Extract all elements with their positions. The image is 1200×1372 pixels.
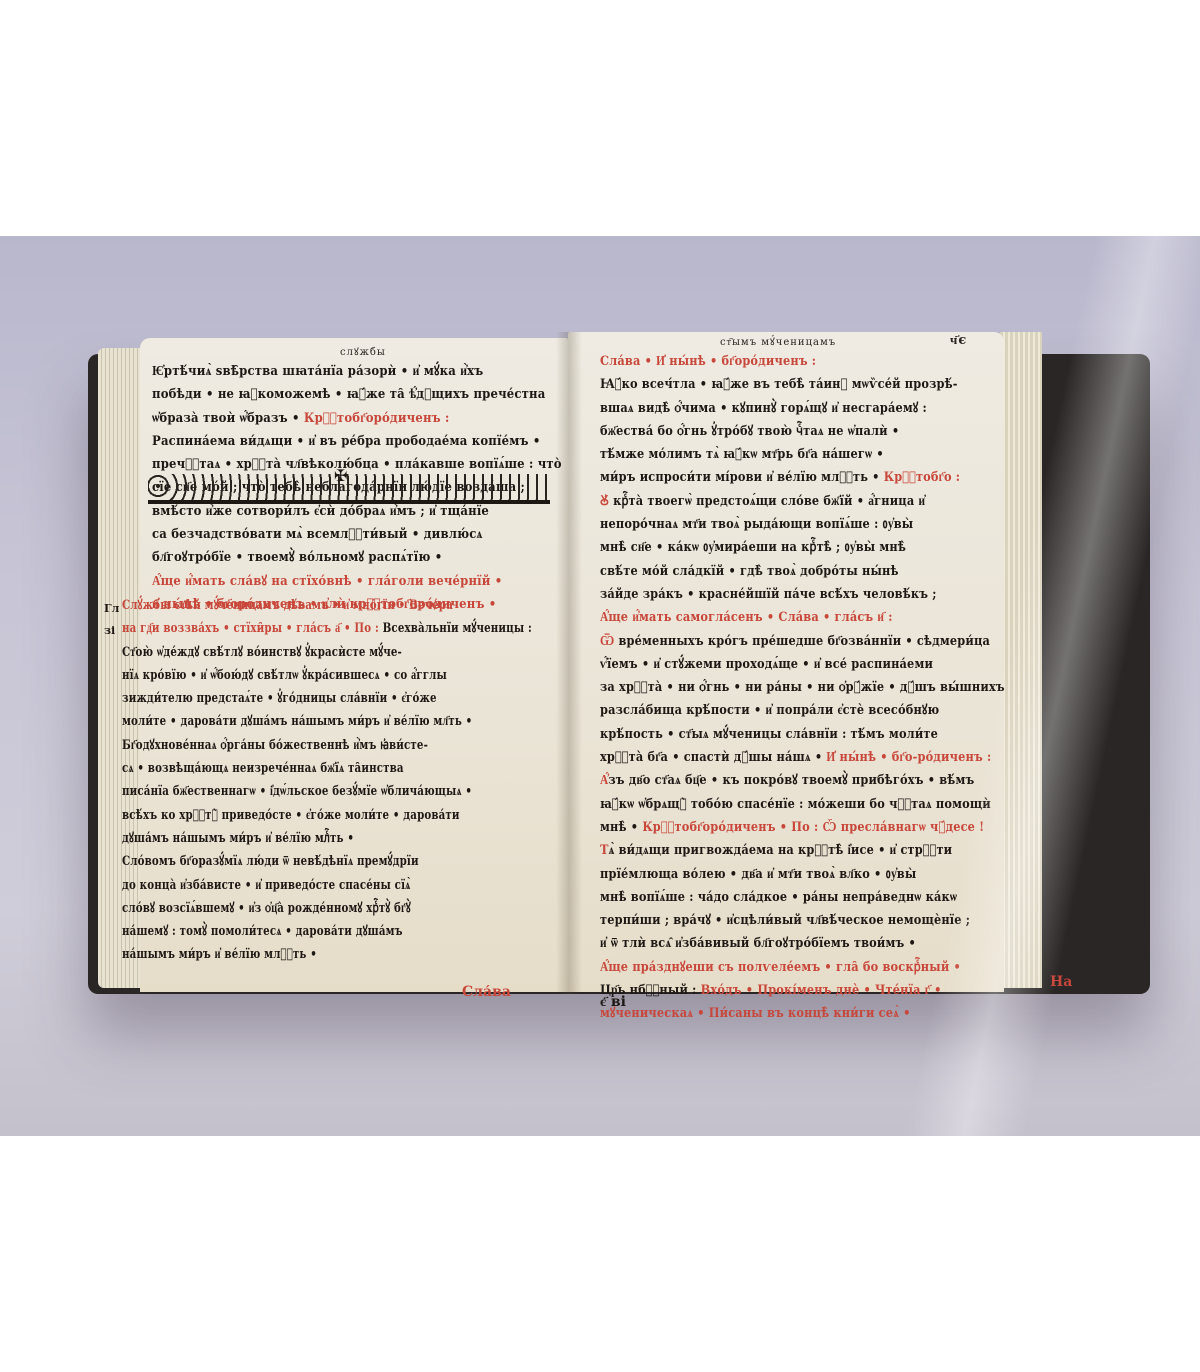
line-text: сло́вꙋ возсїѧ́вшемꙋ • и҆з ѻ҆ц҃а̀ рожде́н… [122,900,411,916]
text-line: сло́вꙋ возсїѧ́вшемꙋ • и҆з ѻ҆ц҃а̀ рожде́н… [122,897,532,920]
text-line: Ꙗ҆́ко всеч́тла • ꙗ҆́же въ тебѣ̀ та́инꙋ м… [600,373,1005,396]
left-text-block-bottom: Слꙋ́жбы ст҃ѣй мꙋ́ченицамъ дѣ́вамъ • и҆ м… [122,594,658,967]
text-line: разсла́бища крѣ́пости • и҆ попра́ли є҆ст… [600,699,1005,722]
line-text: пречⷭ҇таѧ • хрⷭ҇та̀ чл҃вѣколю́бца • пла́… [152,456,562,472]
text-line: за́йде зра́къ • красне́йшїй па́че всѣ́хъ… [600,583,1005,606]
text-line: зижди́телю предстаѧ́те • ꙋ҆го́дницы сла́… [122,687,532,710]
text-line: Ст҃ою̀ ѡ҆де́ждꙋ свѣ́тлꙋ во́инствꙋ ꙋ҆крас… [122,641,532,664]
line-text: прїе́млюща во́лею • дв҃а и҆ мт҃и твоѧ̀ в… [600,866,916,882]
line-text: А҆́зъ дв҃о ст҃аѧ бц҃е • къ покро́вꙋ твое… [600,772,974,788]
signature-mark: є҃ ві [600,994,626,1011]
line-text: свѣ́те мо́й сла́дкїй • гдѣ̀ твоѧ̀ добро́… [600,563,899,579]
right-text-block: Сла́ва • И҆ ны́нѣ • бг҃оро́диченъ :Ꙗ҆́ко… [600,350,1078,1026]
line-text: хрⷭ҇та̀ бг҃а • спастѝ дꙋ́шы на́шѧ • [600,749,822,765]
text-line: за хрⷭ҇та̀ • ни ѻ҆́гнь • ни ра́ны • ни ѻ… [600,676,1005,699]
text-line: хрⷭ҇та̀ бг҃а • спастѝ дꙋ́шы на́шѧ • И҆ н… [600,746,1005,769]
text-line: свѣ́те мо́й сла́дкїй • гдѣ̀ твоѧ̀ добро́… [600,560,1005,583]
line-text: нїѧ кро́вїю • и҆ ѡ҆́бою́дꙋ свѣ́тлѡ ꙋ҆кра… [122,667,447,683]
rubric-text: Вхо́дъ • Прокі́менъ днѐ • Чте́нїа г҃ • [697,982,942,998]
line-text: на́шымъ ми́ръ и҆ ве́лїю млⷭ҇ть • [122,946,317,962]
text-line: нїѧ кро́вїю • и҆ ѡ҆́бою́дꙋ свѣ́тлѡ ꙋ҆кра… [122,664,532,687]
line-text: мнѣ̀ вопїѧ́ше : ча́до сла́дкое • ра́ны н… [600,889,957,905]
text-line: прїе́млюща во́лею • дв҃а и҆ мт҃и твоѧ̀ в… [600,863,1005,886]
line-text: вшаѧ видѣ̀ ѻ҆́чима • кꙋпинꙋ̀ горѧ́щꙋ и҆ … [600,400,927,416]
line-text: Тѧ̀ ви́дѧщи пригвожда́ема на крⷭ҇тѣ̀ і҆и… [600,842,952,858]
line-text: Ѥ҆ртѣ́чиѧ̀ ѕвѣ̑рства шꙗта́нїа ра́зорѝ • … [152,363,483,379]
text-line: и҆ ѿ тлѝ всѧ̑ и҆зба́вивый бл҃гоꙋтро́бїем… [600,932,1005,955]
text-line: са безчадство́вати мѧ̀ всемлⷭ҇ти́вый • д… [152,523,562,546]
line-text: Ꙗ҆́ко всеч́тла • ꙗ҆́же въ тебѣ̀ та́инꙋ м… [600,376,958,392]
text-line: Сла́ва • И҆ ны́нѣ • бг҃оро́диченъ : [600,350,1005,373]
line-text: до конца̀ и҆зба́висте • и҆ приведо́сте с… [122,877,410,893]
line-text: мнѣ̀ • [600,819,638,835]
text-line: непоро́чнаѧ мт҃и твоѧ̀ рыда́ющи вопїѧ́ше… [600,513,1005,536]
text-line: А҆́ще пра́зднꙋеши съ полѵеле́емъ • гла̑ … [600,956,1005,979]
margin-note-1: Гл [104,602,119,615]
rubric-text: Крⷭ҇тобг҃оро́диченъ : [300,410,450,426]
text-line: всѣ́хъ ко хрⷭ҇тꙋ̀ приведо́сте • є҆го́же … [122,804,532,827]
line-text: Ст҃ою̀ ѡ҆де́ждꙋ свѣ́тлꙋ во́инствꙋ ꙋ҆крас… [122,644,402,660]
text-line: ѵ҆́їемъ • и҆ стꙋ́жеми проходѧ́ще • и҆ вс… [600,653,1005,676]
text-line: вшаѧ видѣ̀ ѻ҆́чима • кꙋпинꙋ̀ горѧ́щꙋ и҆ … [600,397,1005,420]
line-text: на́шемꙋ : томꙋ̀ помоли́тесѧ • дарова́ти … [122,923,403,939]
text-line: Слꙋ́жбы ст҃ѣй мꙋ́ченицамъ дѣ́вамъ • и҆ м… [122,594,532,617]
line-text: Ꙋ҆ крⷭ҇та̀ твоегѡ̀ предстоѧ́щи сло́ве бж… [600,493,925,509]
text-line: до конца̀ и҆зба́висте • и҆ приведо́сте с… [122,874,532,897]
line-text: моли́те • дарова́ти дꙋша́мъ на́шымъ ми́р… [122,713,472,729]
rubric-text: Крⷭ҇тобг҃о : [880,469,961,485]
line-text: и҆ ѿ тлѝ всѧ̑ и҆зба́вивый бл҃гоꙋтро́бїем… [600,935,916,951]
book-photograph: слꙋжбы Ѥ҆ртѣ́чиѧ̀ ѕвѣ̑рства шꙗта́нїа ра́… [0,236,1200,1136]
text-line: А҆́ще и҆́мать сла́вꙋ на стїхо́внѣ • гла́… [152,570,562,593]
line-text: Бг҃одꙋхнове́ннаѧ ѻ҆́рга́ны бо́жественнѣ … [122,737,428,753]
line-text: А҆́ще и҆́мать самогла́сенъ • Сла́ва • гл… [600,609,893,625]
text-line: на гд҃и воззва́хъ • стїхи̑ры • гла́съ а҃… [122,617,532,640]
line-text: Ѿ вре́менныхъ кро́гъ пре́шедше бг҃озва́н… [600,633,990,649]
text-line: Ѥ҆ртѣ́чиѧ̀ ѕвѣ̑рства шꙗта́нїа ра́зорѝ • … [152,360,562,383]
rubric-text: И҆ ны́нѣ • бг҃о-ро́диченъ : [822,749,991,765]
text-line: ми́ръ испроси́ти мі́рови и҆ ве́лїю млⷭ҇т… [600,466,1005,489]
left-running-head: слꙋжбы [340,344,386,358]
right-catchword: На [1050,974,1072,990]
headpiece-ornament: ✠ [148,474,550,504]
line-text: писа́нїа бж҃ественнагѡ • і҆дѡ́льское без… [122,783,472,799]
line-text: дꙋша́мъ на́шымъ ми́ръ и҆ ве́лїю млⷭ҇ть • [122,830,354,846]
text-line: моли́те • дарова́ти дꙋша́мъ на́шымъ ми́р… [122,710,532,733]
line-text: А҆́ще пра́зднꙋеши съ полѵеле́емъ • гла̑ … [600,959,961,975]
line-text: вмѣ́сто и҆̀же сотвори́лъ є҆сѝ до́браѧ и҆… [152,503,489,519]
text-line: мнѣ̀ • Крⷭ҇тобг҃оро́диченъ • По : Ѽ прес… [600,816,1005,839]
line-text: мнѣ̀ сн҃е • ка́кѡ ᲂу҆мира́еши на крⷭ҇тѣ̀… [600,539,906,555]
text-line: Ѿ вре́менныхъ кро́гъ пре́шедше бг҃озва́н… [600,630,1005,653]
text-line: мꙋ́ченическаѧ • Пи́саны въ концѣ̀ кни́ги… [600,1002,1005,1025]
text-line: дꙋша́мъ на́шымъ ми́ръ и҆ ве́лїю млⷭ҇ть • [122,827,532,850]
text-line: пречⷭ҇таѧ • хрⷭ҇та̀ чл҃вѣколю́бца • пла́… [152,453,562,476]
folio-number: ч҃є [950,332,967,348]
text-line: Ꙋ҆ крⷭ҇та̀ твоегѡ̀ предстоѧ́щи сло́ве бж… [600,490,1005,513]
line-text: всѣ́хъ ко хрⷭ҇тꙋ̀ приведо́сте • є҆го́же … [122,807,460,823]
line-text: бл҃гоꙋтро́бїе • твоемꙋ̀ во́льномꙋ распѧ́… [152,549,442,565]
line-text: крѣ́пость • ст҃ыѧ мꙋ́ченицы сла́внїи : т… [600,726,938,742]
line-text: бж҃ества́ бо ѻ҆́гнь ꙋ҆тро́бꙋ твою̀ чⷭ҇та… [600,423,899,439]
text-line: А҆́зъ дв҃о ст҃аѧ бц҃е • къ покро́вꙋ твое… [600,769,1005,792]
line-text: Сла́ва • И҆ ны́нѣ • бг҃оро́диченъ : [600,353,816,369]
line-text: Сло́вомъ бг҃оразꙋ́мїѧ лю́ди ѿ невѣ́дѣнїѧ… [122,853,419,869]
line-text: побѣди • не ꙗ҆коможемѣ • ꙗ҆́же та̑ ѣ҆́дꙋ… [152,386,545,402]
text-line: Сло́вомъ бг҃оразꙋ́мїѧ лю́ди ѿ невѣ́дѣнїѧ… [122,850,532,873]
text-line: Цр҃ь нбⷭ҇ный : Вхо́дъ • Прокі́менъ днѐ •… [600,979,1005,1002]
text-line: побѣди • не ꙗ҆коможемѣ • ꙗ҆́же та̑ ѣ҆́дꙋ… [152,383,562,406]
line-text: А҆́ще и҆́мать сла́вꙋ на стїхо́внѣ • гла́… [152,573,502,589]
line-text: ѵ҆́їемъ • и҆ стꙋ́жеми проходѧ́ще • и҆ вс… [600,656,933,672]
line-text: са безчадство́вати мѧ̀ всемлⷭ҇ти́вый • д… [152,526,483,542]
text-line: писа́нїа бж҃ественнагѡ • і҆дѡ́льское без… [122,780,532,803]
text-line: ѡ҆браза̀ твоѝ ѡ҆́бразъ • Крⷭ҇тобг҃оро́ди… [152,407,562,430]
text-line: мнѣ̀ вопїѧ́ше : ча́до сла́дкое • ра́ны н… [600,886,1005,909]
line-text: ꙗ҆́кѡ ѡ҆брѧщꙋ̀ тобо́ю спасе́нїе : мо́жеш… [600,796,991,812]
left-catchword: Сла́ва [462,984,511,1000]
cross-icon: ✠ [334,466,347,485]
line-text: зижди́телю предстаѧ́те • ꙋ҆го́дницы сла́… [122,690,437,706]
line-text: за хрⷭ҇та̀ • ни ѻ҆́гнь • ни ра́ны • ни ѻ… [600,679,1005,695]
right-running-head: ст҃ымъ мꙋ́ченицамъ [720,334,836,348]
text-line: Распина́ема ви́дѧщи • и҆ въ ре́бра пробо… [152,430,562,453]
line-text: ми́ръ испроси́ти мі́рови и҆ ве́лїю млⷭ҇т… [600,469,880,485]
text-line: сѧ • возвѣща́ющѧ неизрече́ннаѧ бж҃їѧ та̑… [122,757,532,780]
text-line: А҆́ще и҆́мать самогла́сенъ • Сла́ва • гл… [600,606,1005,629]
line-text: Распина́ема ви́дѧщи • и҆ въ ре́бра пробо… [152,433,540,449]
text-line: мнѣ̀ сн҃е • ка́кѡ ᲂу҆мира́еши на крⷭ҇тѣ̀… [600,536,1005,559]
line-text: разсла́бища крѣ́пости • и҆ попра́ли є҆ст… [600,702,939,718]
line-text: терпи́ши ; вра́чꙋ • и҆сцѣли́вый чл҃вѣ́че… [600,912,970,928]
line-text: мꙋ́ченическаѧ • Пи́саны въ концѣ̀ кни́ги… [600,1005,911,1021]
text-line: на́шымъ ми́ръ и҆ ве́лїю млⷭ҇ть • [122,943,532,966]
text-line: крѣ́пость • ст҃ыѧ мꙋ́ченицы сла́внїи : т… [600,723,1005,746]
line-text: сѧ • возвѣща́ющѧ неизрече́ннаѧ бж҃їѧ та̑… [122,760,404,776]
text-line: Бг҃одꙋхнове́ннаѧ ѻ҆́рга́ны бо́жественнѣ … [122,734,532,757]
text-line: на́шемꙋ : томꙋ̀ помоли́тесѧ • дарова́ти … [122,920,532,943]
margin-note-2: зі [104,624,115,637]
text-line: Тѧ̀ ви́дѧщи пригвожда́ема на крⷭ҇тѣ̀ і҆и… [600,839,1005,862]
line-text: Слꙋ́жбы ст҃ѣй мꙋ́ченицамъ дѣ́вамъ • и҆ м… [122,597,453,613]
text-line: бл҃гоꙋтро́бїе • твоемꙋ̀ во́льномꙋ распѧ́… [152,546,562,569]
line-text: непоро́чнаѧ мт҃и твоѧ̀ рыда́ющи вопїѧ́ше… [600,516,913,532]
rubric-text: Крⷭ҇тобг҃оро́диченъ • По : Ѽ пресла́внаг… [638,819,984,835]
line-text: ѡ҆браза̀ твоѝ ѡ҆́бразъ • [152,410,300,426]
text-line: бж҃ества́ бо ѻ҆́гнь ꙋ҆тро́бꙋ твою̀ чⷭ҇та… [600,420,1005,443]
line-text: за́йде зра́къ • красне́йшїй па́че всѣ́хъ… [600,586,937,602]
text-line: ꙗ҆́кѡ ѡ҆брѧщꙋ̀ тобо́ю спасе́нїе : мо́жеш… [600,793,1005,816]
line-text: на гд҃и воззва́хъ • стїхи̑ры • гла́съ а҃… [122,620,532,636]
text-line: тѣ́мже мо́лимъ тѧ̀ ꙗ҆́кѡ мт҃рь бг҃а на́ш… [600,443,1005,466]
text-line: терпи́ши ; вра́чꙋ • и҆сцѣли́вый чл҃вѣ́че… [600,909,1005,932]
line-text: тѣ́мже мо́лимъ тѧ̀ ꙗ҆́кѡ мт҃рь бг҃а на́ш… [600,446,884,462]
